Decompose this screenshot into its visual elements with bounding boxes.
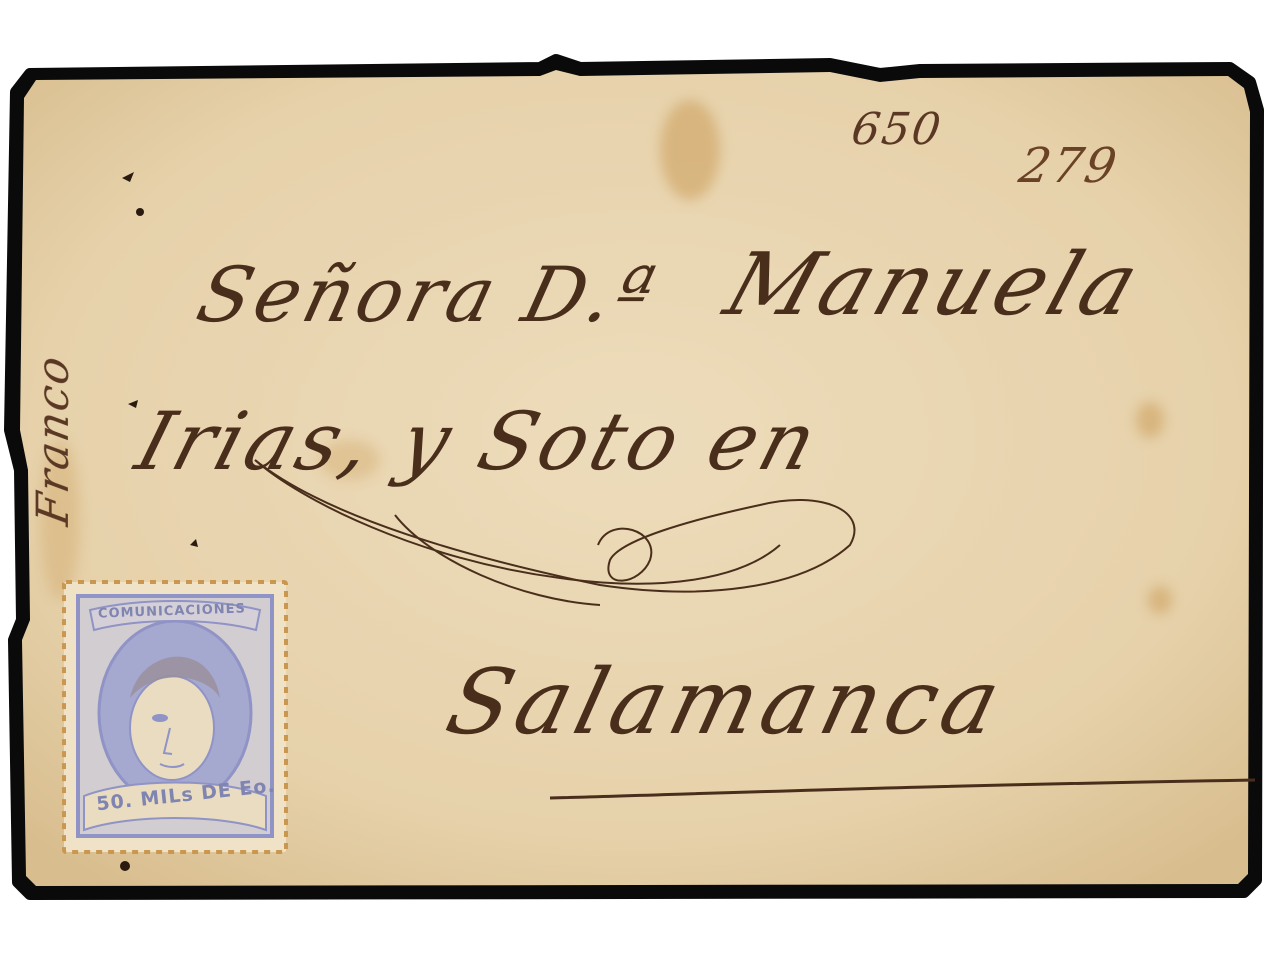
address-line-1-name: Manuela [714,235,1154,335]
pencil-number-650: 650 [848,104,945,155]
postage-stamp: COMUNICACIONES 50. MILs DE Eo. [60,578,290,856]
pencil-number-279: 279 [1015,138,1122,194]
envelope: 650 279 Señora D.ª Manuela Irias, y Soto… [0,0,1276,956]
stamp-artwork [60,578,290,856]
address-city: Salamanca [437,650,1016,755]
address-line-1-salutation: Señora D.ª [189,250,667,339]
address-line-2: Irias, y Soto en [127,395,831,488]
margin-note: Franco [28,351,79,529]
